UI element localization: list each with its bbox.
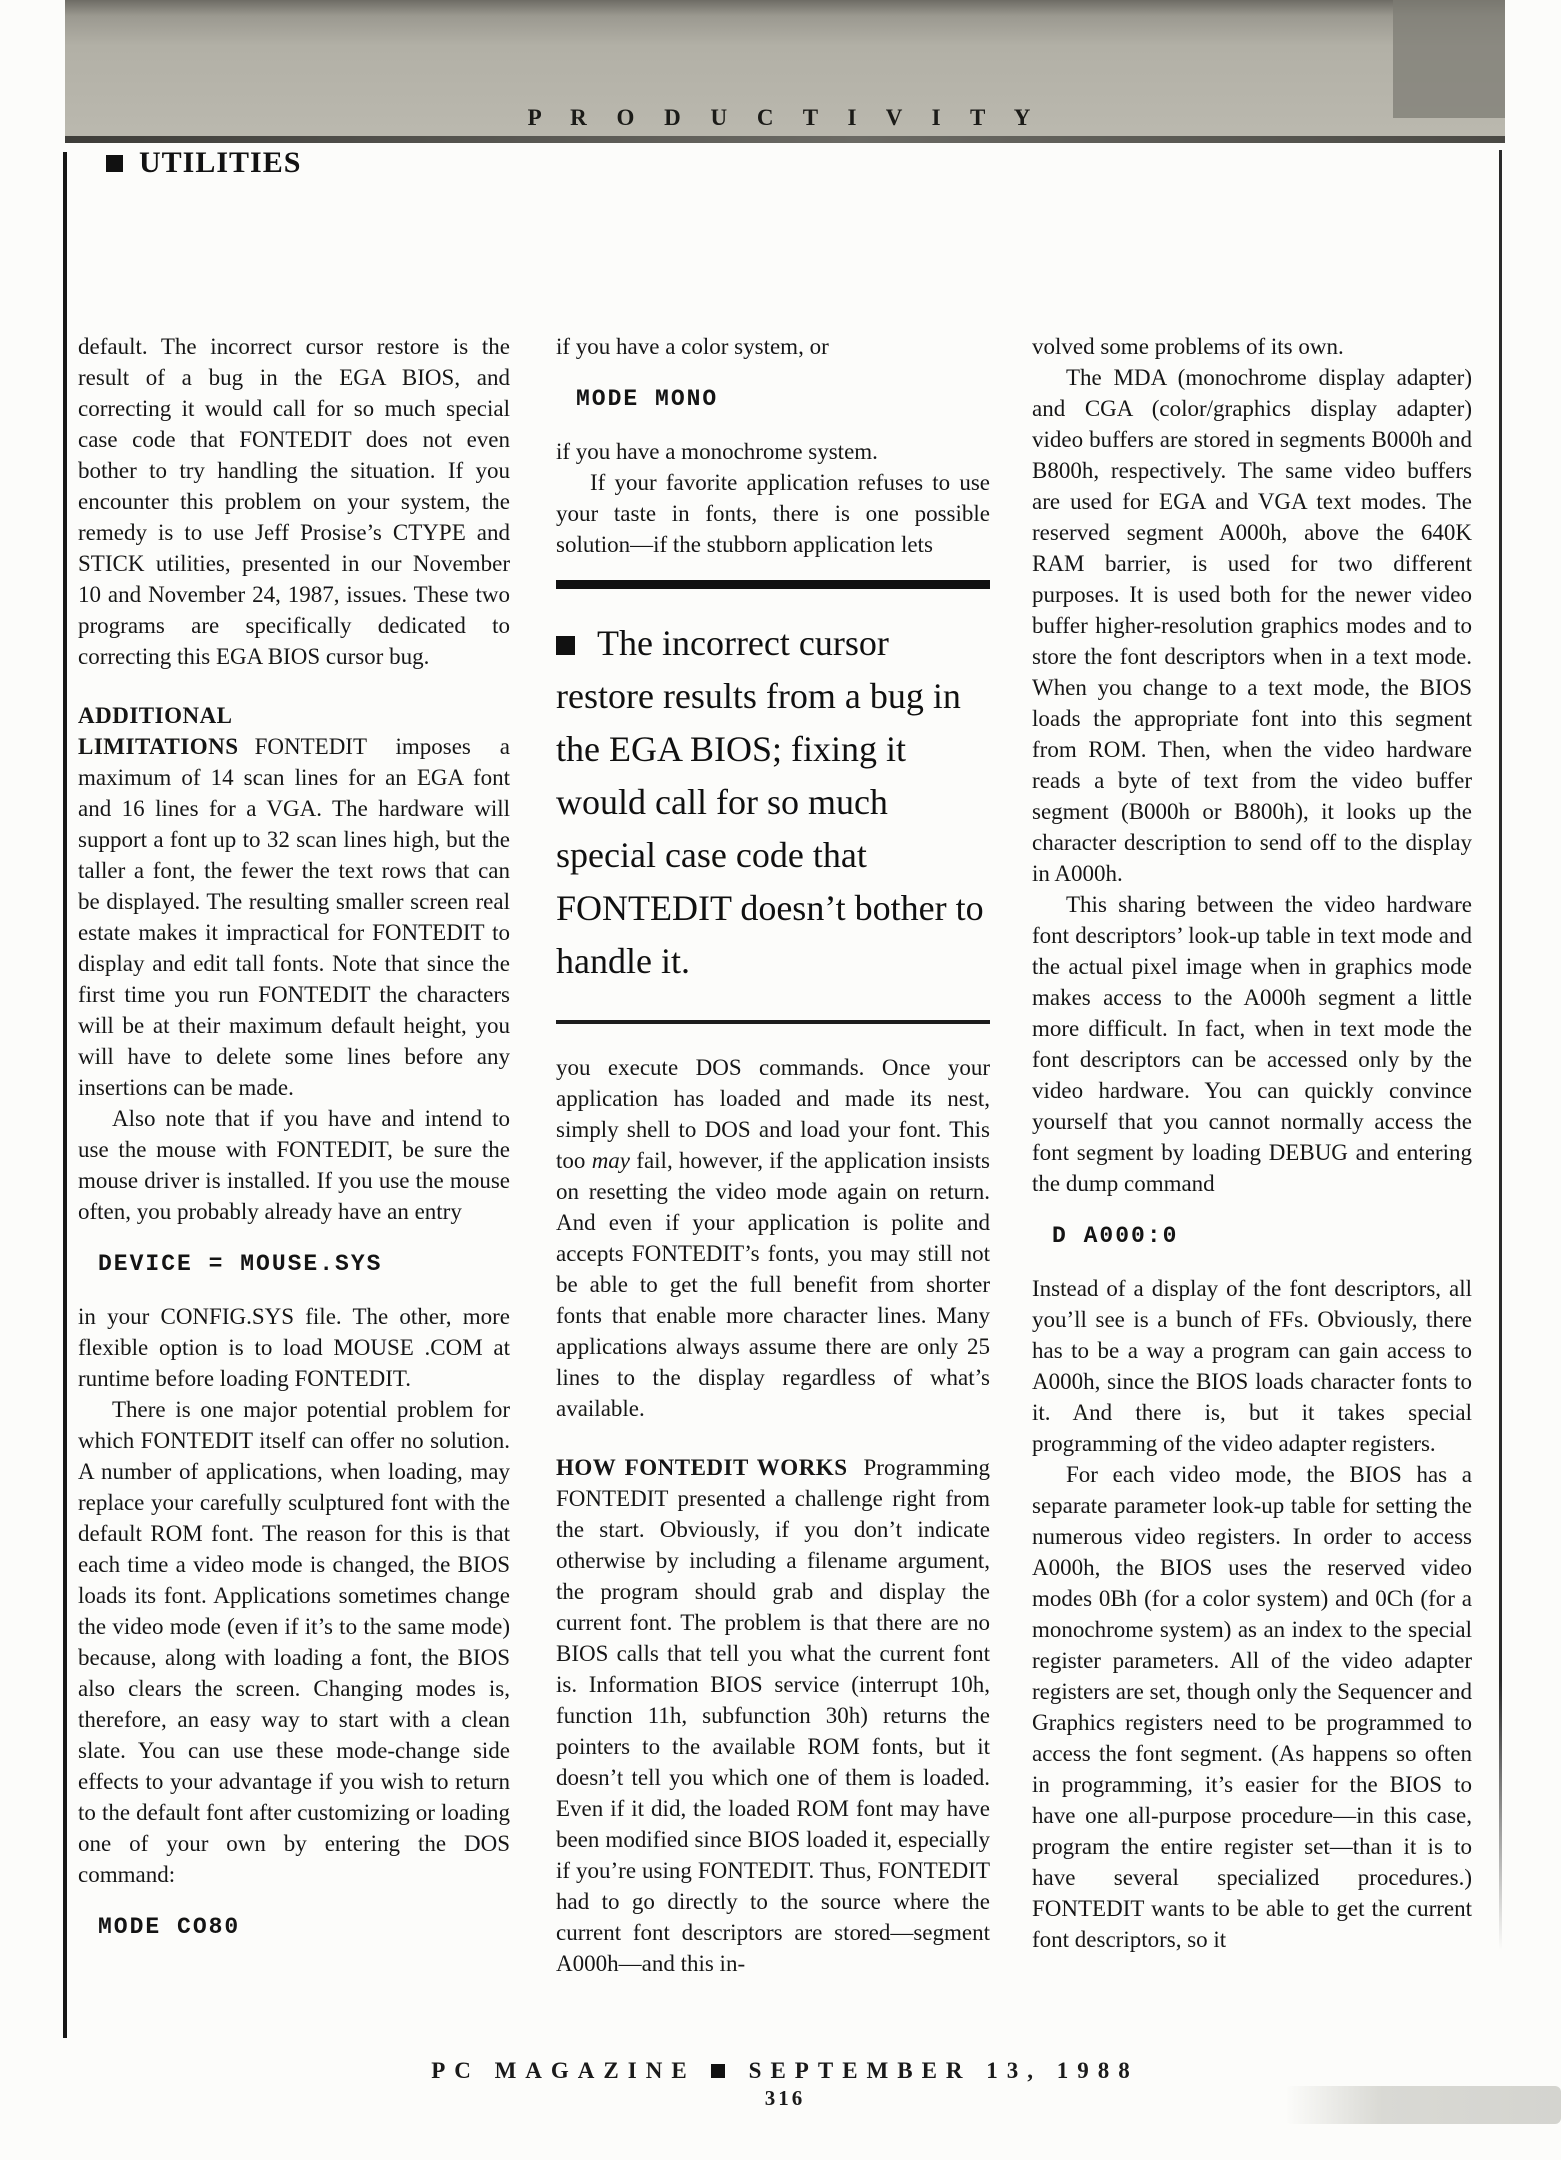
paragraph: If your favorite application refuses to … xyxy=(556,467,990,560)
code-line: MODE MONO xyxy=(576,386,990,412)
magazine-page: P R O D U C T I V I T Y UTILITIES defaul… xyxy=(0,0,1561,2160)
section-label: UTILITIES xyxy=(139,146,301,180)
pull-quote-text: The incorrect cursor restore results fro… xyxy=(556,617,990,988)
left-column-rule xyxy=(63,152,67,2038)
pull-quote-bullet-icon xyxy=(556,636,575,655)
paragraph: Instead of a display of the font descrip… xyxy=(1032,1273,1472,1459)
italic-word: may xyxy=(592,1148,630,1173)
paragraph: if you have a monochrome system. xyxy=(556,436,990,467)
paragraph: Also note that if you have and intend to… xyxy=(78,1103,510,1227)
code-line: DEVICE = MOUSE.SYS xyxy=(98,1251,510,1277)
scan-shadow-corner xyxy=(1393,0,1505,118)
paragraph: This sharing between the video hardware … xyxy=(1032,889,1472,1199)
paragraph: volved some problems of its own. xyxy=(1032,331,1472,362)
run-in-heading: HOW FONTEDIT WORKS xyxy=(556,1455,864,1480)
paragraph-text: Programming FONTEDIT presented a challen… xyxy=(556,1455,990,1976)
paragraph-text: FONTEDIT imposes a maximum of 14 scan li… xyxy=(78,734,510,1100)
paragraph: ADDITIONAL LIMITATIONSFONTEDIT imposes a… xyxy=(78,700,510,1103)
paragraph: The MDA (monochrome display adapter) and… xyxy=(1032,362,1472,889)
section-bullet-icon xyxy=(106,155,123,172)
section-heading: UTILITIES xyxy=(106,146,301,180)
paragraph: There is one major potential problem for… xyxy=(78,1394,510,1890)
paragraph-text: fail, however, if the application insist… xyxy=(556,1148,990,1421)
footer-bullet-icon xyxy=(711,2064,725,2078)
paragraph: HOW FONTEDIT WORKSProgramming FONTEDIT p… xyxy=(556,1452,990,1979)
run-in-heading: ADDITIONAL LIMITATIONS xyxy=(78,703,255,759)
pull-quote-body: The incorrect cursor restore results fro… xyxy=(556,623,984,981)
paragraph: if you have a color system, or xyxy=(556,331,990,362)
right-column-rule xyxy=(1499,150,1502,1950)
page-top-scan-band: P R O D U C T I V I T Y xyxy=(65,0,1505,143)
footer-magazine: PC MAGAZINE xyxy=(431,2058,695,2083)
kicker: P R O D U C T I V I T Y xyxy=(65,105,1505,131)
column-3: volved some problems of its own. The MDA… xyxy=(1032,331,1472,1955)
paragraph: you execute DOS commands. Once your appl… xyxy=(556,1052,990,1424)
paragraph: in your CONFIG.SYS file. The other, more… xyxy=(78,1301,510,1394)
pull-quote-bottom-rule xyxy=(556,1020,990,1024)
column-1: default. The incorrect cursor restore is… xyxy=(78,331,510,1964)
code-line: MODE CO80 xyxy=(98,1914,510,1940)
paragraph: default. The incorrect cursor restore is… xyxy=(78,331,510,672)
code-line: D A000:0 xyxy=(1052,1223,1472,1249)
footer-line: PC MAGAZINESEPTEMBER 13, 1988 xyxy=(65,2058,1505,2084)
pull-quote-top-rule xyxy=(556,580,990,589)
column-2: if you have a color system, or MODE MONO… xyxy=(556,331,990,1979)
footer-date: SEPTEMBER 13, 1988 xyxy=(749,2058,1139,2083)
pull-quote: The incorrect cursor restore results fro… xyxy=(556,580,990,1024)
kicker-rule xyxy=(65,136,1505,143)
scan-artifact xyxy=(1285,2086,1561,2124)
paragraph: For each video mode, the BIOS has a sepa… xyxy=(1032,1459,1472,1955)
